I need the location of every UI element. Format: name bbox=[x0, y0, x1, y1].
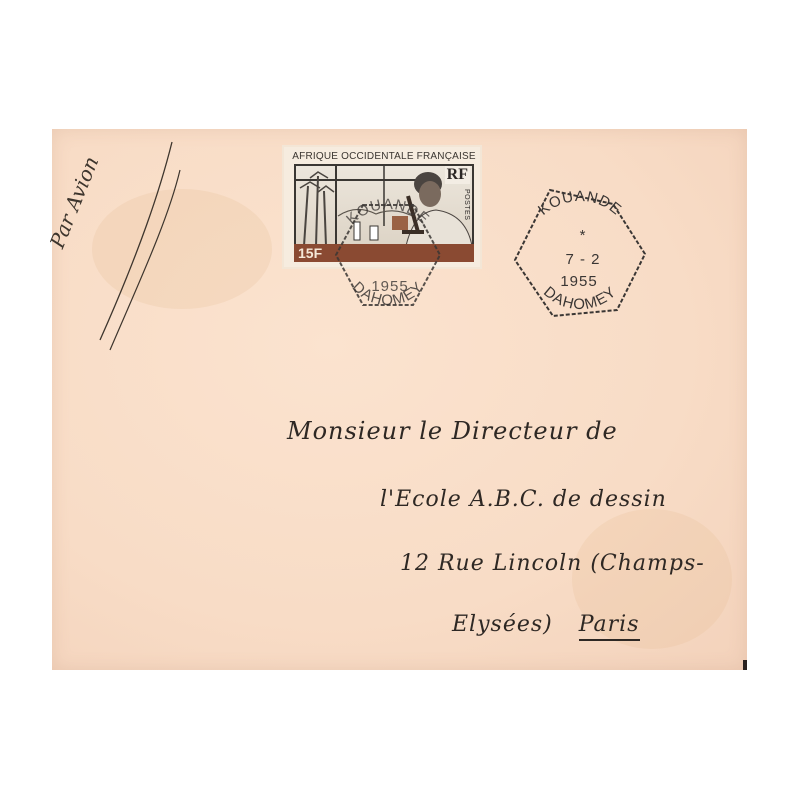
address-line-1: Monsieur le Directeur de bbox=[287, 417, 618, 445]
address-line-4: Elysées) Paris bbox=[452, 612, 640, 641]
address-city: Paris bbox=[579, 612, 640, 641]
stamp-rf-mark: RF bbox=[445, 166, 470, 184]
postmark-star: * bbox=[580, 227, 587, 244]
postmark-on-stamp: KOUANDE DAHOMEY 1955 bbox=[318, 185, 458, 325]
address-district: Elysées) bbox=[452, 612, 553, 637]
stamp-country: AFRIQUE OCCIDENTALE FRANÇAISE bbox=[292, 151, 476, 162]
airmail-strike-lines bbox=[60, 130, 190, 360]
stamp-postes-label: POSTES bbox=[463, 189, 470, 220]
postmark-kouande: KOUANDE DAHOMEY * 7 - 2 1955 bbox=[505, 182, 655, 322]
svg-text:1955: 1955 bbox=[371, 278, 408, 295]
postmark-date: 7 - 2 bbox=[565, 251, 600, 268]
address-line-3: 12 Rue Lincoln (Champs- bbox=[400, 551, 705, 576]
address-line-2: l'Ecole A.B.C. de dessin bbox=[380, 487, 667, 512]
svg-text:KOUANDE: KOUANDE bbox=[343, 196, 433, 228]
postmark-year: 1955 bbox=[560, 273, 597, 290]
